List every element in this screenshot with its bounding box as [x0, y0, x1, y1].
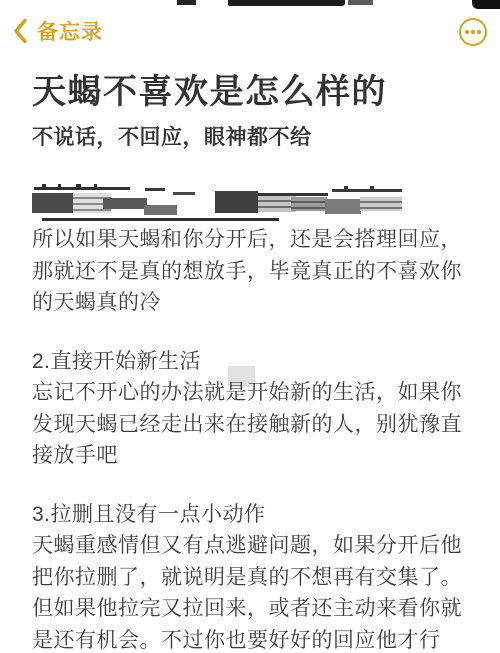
back-button[interactable]: 备忘录 [13, 16, 103, 46]
section-heading: 2.直接开始新生活 [32, 346, 472, 378]
note-content: 天蝎不喜欢是怎么样的 不说话，不回应，眼神都不给 所以如果天蝎和你分开后，还是会… [0, 56, 500, 653]
note-section: 3.拉删且没有一点小动作 天蝎重感情但又有点逃避问题，如果分开后他把你拉删了，就… [32, 499, 472, 653]
note-title: 天蝎不喜欢是怎么样的 [32, 70, 472, 114]
nav-header: 备忘录 [0, 0, 500, 56]
chevron-left-icon [13, 18, 28, 44]
note-paragraph: 忘记不开心的办法就是开始新的生活，如果你发现天蝎已经走出来在接触新的人，别犹豫直… [32, 377, 472, 472]
notes-app-screen: 备忘录 天蝎不喜欢是怎么样的 不说话，不回应，眼神都不给 所以如果天蝎和你分开后… [0, 0, 500, 653]
back-button-label: 备忘录 [37, 16, 103, 46]
note-paragraph: 天蝎重感情但又有点逃避问题，如果分开后他把你拉删了，就说明是真的不想再有交集了。… [32, 530, 472, 653]
circled-ellipsis-icon[interactable] [459, 18, 487, 46]
note-paragraph: 所以如果天蝎和你分开后，还是会搭理回应，那就还不是真的想放手，毕竟真正的不喜欢你… [32, 224, 472, 319]
redacted-line-scribble [32, 184, 410, 222]
note-section: 2.直接开始新生活 忘记不开心的办法就是开始新的生活，如果你发现天蝎已经走出来在… [32, 346, 472, 472]
section-heading: 3.拉删且没有一点小动作 [32, 499, 472, 531]
note-subtitle: 不说话，不回应，眼神都不给 [32, 123, 472, 152]
